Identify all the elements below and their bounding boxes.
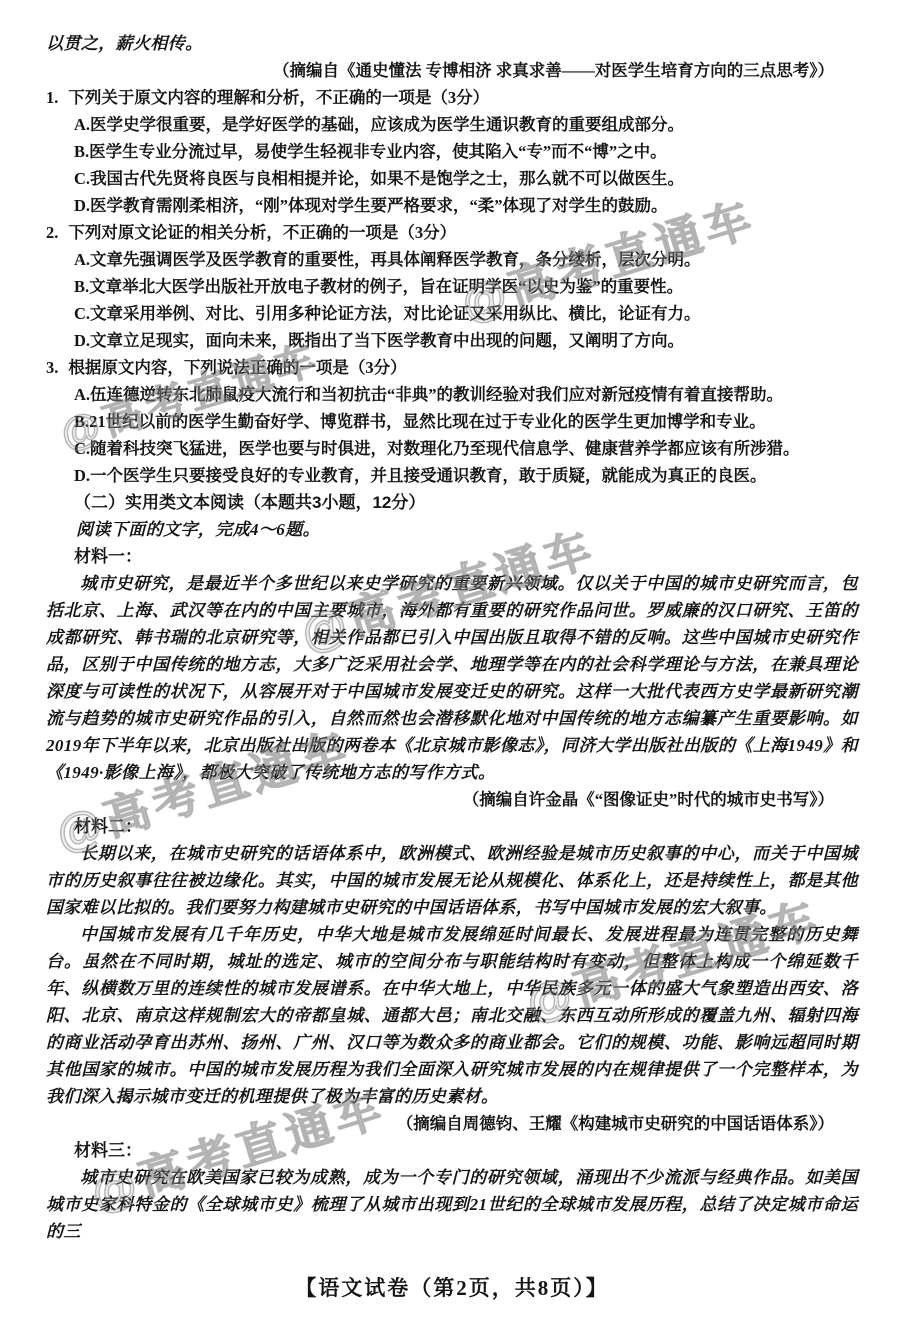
material-2-label: 材料二： [46,813,858,840]
question-2: 2.下列对原文论证的相关分析，不正确的一项是（3分） A.文章先强调医学及医学教… [46,219,858,354]
material-2-paragraph-1: 长期以来，在城市史研究的话语体系中，欧洲模式、欧洲经验是城市历史叙事的中心，而关… [46,840,858,921]
question-3-option-a: A.伍连德逆转东北肺鼠疫大流行和当初抗击“非典”的教训经验对我们应对新冠疫情有着… [46,381,858,408]
material-2: 材料二： 长期以来，在城市史研究的话语体系中，欧洲模式、欧洲经验是城市历史叙事的… [46,813,858,1137]
question-3-option-b: B.21世纪以前的医学生勤奋好学、博览群书，显然比现在过于专业化的医学生更加博学… [46,408,858,435]
question-3: 3.根据原文内容，下列说法正确的一项是（3分） A.伍连德逆转东北肺鼠疫大流行和… [46,354,858,489]
question-1-stem: 1.下列关于原文内容的理解和分析，不正确的一项是（3分） [46,84,858,111]
question-2-option-a: A.文章先强调医学及医学教育的重要性，再具体阐释医学教育，条分缕析，层次分明。 [46,246,858,273]
exam-page: @高考直通车 @高考直通车 @高考直通车 @高考直通车 @高考直通车 @高考直通… [0,0,900,1323]
material-3: 材料三： 城市史研究在欧美国家已较为成熟，成为一个专门的研究领域，涌现出不少流派… [46,1137,858,1245]
question-1-option-a: A.医学史学很重要，是学好医学的基础，应该成为医学生通识教育的重要组成部分。 [46,111,858,138]
question-2-stem-text: 下列对原文论证的相关分析，不正确的一项是（3分） [68,223,456,242]
page-content: 以贯之，薪火相传。 （摘编自《通史懂法 专博相济 求真求善——对医学生培育方向的… [46,30,858,1305]
question-1-number: 1. [46,88,58,107]
material-1-paragraph: 城市史研究，是最近半个多世纪以来史学研究的重要新兴领域。仅以关于中国的城市史研究… [46,570,858,786]
material-2-citation: （摘编自周德钧、王耀《构建城市史研究的中国话语体系》） [46,1110,858,1137]
material-2-paragraph-2: 中国城市发展有几千年历史，中华大地是城市发展绵延时间最长、发展进程最为连贯完整的… [46,921,858,1110]
question-2-option-c: C.文章采用举例、对比、引用多种论证方法，对比论证又采用纵比、横比，论证有力。 [46,300,858,327]
material-1-citation: （摘编自许金晶《“图像证史”时代的城市史书写》） [46,786,858,813]
question-3-option-d: D.一个医学生只要接受良好的专业教育，并且接受通识教育，敢于质疑，就能成为真正的… [46,462,858,489]
continuation-text: 以贯之，薪火相传。 [46,30,858,57]
question-3-stem-text: 根据原文内容，下列说法正确的一项是（3分） [68,358,406,377]
question-3-number: 3. [46,358,58,377]
material-3-label: 材料三： [46,1137,858,1164]
section-header: （二）实用类文本阅读（本题共3小题，12分） [46,489,858,516]
material-1-label: 材料一： [46,543,858,570]
material-1: 材料一： 城市史研究，是最近半个多世纪以来史学研究的重要新兴领域。仅以关于中国的… [46,543,858,813]
question-1-stem-text: 下列关于原文内容的理解和分析，不正确的一项是（3分） [68,88,489,107]
material-3-paragraph: 城市史研究在欧美国家已较为成熟，成为一个专门的研究领域，涌现出不少流派与经典作品… [46,1164,858,1245]
question-1-option-d: D.医学教育需刚柔相济，“刚”体现对学生要严格要求，“柔”体现了对学生的鼓励。 [46,192,858,219]
question-1-option-b: B.医学生专业分流过早，易使学生轻视非专业内容，使其陷入“专”而不“博”之中。 [46,138,858,165]
question-3-stem: 3.根据原文内容，下列说法正确的一项是（3分） [46,354,858,381]
source-citation: （摘编自《通史懂法 专博相济 求真求善——对医学生培育方向的三点思考》） [46,57,858,84]
question-2-option-d: D.文章立足现实，面向未来，既指出了当下医学教育中出现的问题，又阐明了方向。 [46,327,858,354]
page-footer: 【语文试卷（第2页，共8页）】 [46,1271,858,1305]
reading-instruction: 阅读下面的文字，完成4～6题。 [46,516,858,543]
question-3-option-c: C.随着科技突飞猛进，医学也要与时俱进，对数理化乃至现代信息学、健康营养学都应该… [46,435,858,462]
question-2-stem: 2.下列对原文论证的相关分析，不正确的一项是（3分） [46,219,858,246]
question-2-option-b: B.文章举北大医学出版社开放电子教材的例子，旨在证明学医“以史为鉴”的重要性。 [46,273,858,300]
question-1-option-c: C.我国古代先贤将良医与良相相提并论，如果不是饱学之士，那么就不可以做医生。 [46,165,858,192]
question-1: 1.下列关于原文内容的理解和分析，不正确的一项是（3分） A.医学史学很重要，是… [46,84,858,219]
question-2-number: 2. [46,223,58,242]
